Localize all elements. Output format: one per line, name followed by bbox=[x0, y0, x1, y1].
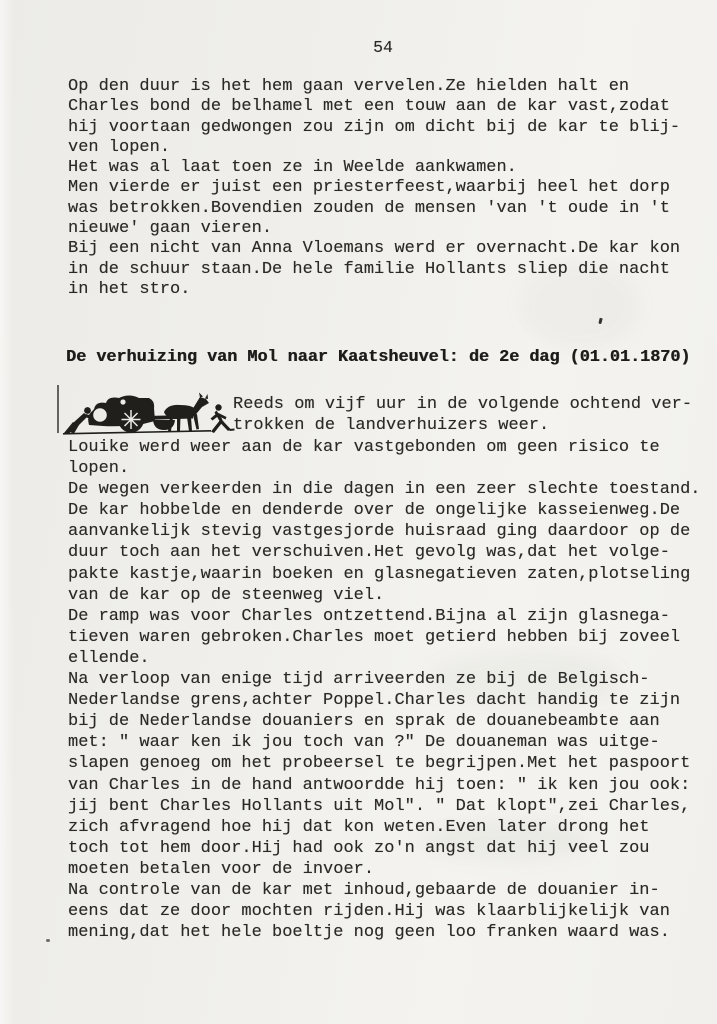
scan-line-artifact bbox=[57, 385, 59, 433]
section-heading: De verhuizing van Mol naar Kaatsheuvel: … bbox=[66, 348, 690, 367]
paragraph-day-two: Louike werd weer aan de kar vastgebonden… bbox=[68, 437, 701, 943]
ink-speck bbox=[598, 318, 602, 325]
paragraph-departure-intro: Reeds om vijf uur in de volgende ochtend… bbox=[233, 394, 692, 436]
paragraph-day-one: Op den duur is het hem gaan vervelen.Ze … bbox=[68, 77, 680, 300]
horse-cart-illustration-icon bbox=[61, 390, 237, 435]
page-number: 54 bbox=[68, 38, 698, 57]
scanned-document-page: 54 Op den duur is het hem gaan vervelen.… bbox=[0, 0, 717, 1024]
margin-speck bbox=[46, 939, 50, 942]
